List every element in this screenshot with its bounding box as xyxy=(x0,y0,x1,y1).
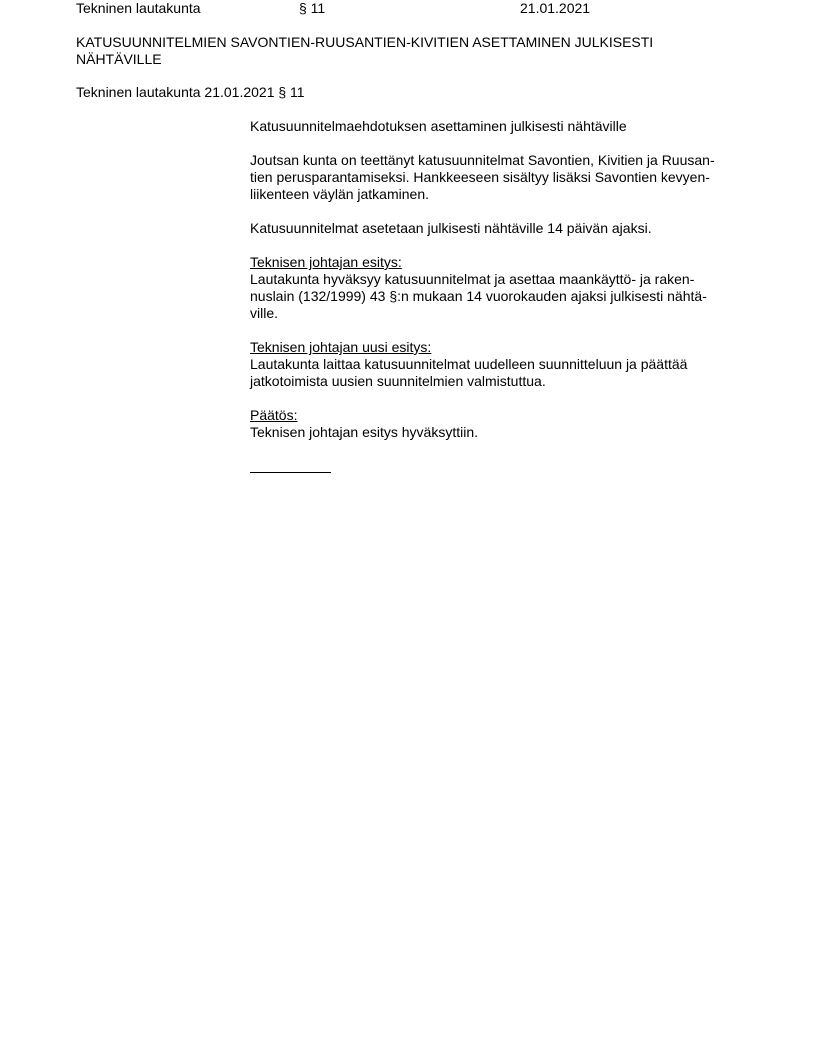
display-notice-paragraph: Katusuunnitelmat asetetaan julkisesti nä… xyxy=(250,220,750,237)
meeting-reference: Tekninen lautakunta 21.01.2021 § 11 xyxy=(76,84,305,101)
intro-paragraph: Joutsan kunta on teettänyt katusuunnitel… xyxy=(250,152,750,203)
new-proposal-section: Teknisen johtajan uusi esitys: Lautakunt… xyxy=(250,339,750,390)
intro-line: tien perusparantamiseksi. Hankkeeseen si… xyxy=(250,169,750,186)
decision-text: Teknisen johtajan esitys hyväksyttiin. xyxy=(250,424,750,441)
subject-paragraph: Katusuunnitelmaehdotuksen asettaminen ju… xyxy=(250,118,750,135)
proposal-line: Lautakunta hyväksyy katusuunnitelmat ja … xyxy=(250,271,750,288)
document-title: KATUSUUNNITELMIEN SAVONTIEN-RUUSANTIEN-K… xyxy=(76,34,776,68)
intro-line: liikenteen väylän jatkaminen. xyxy=(250,186,750,203)
document-title-line: KATUSUUNNITELMIEN SAVONTIEN-RUUSANTIEN-K… xyxy=(76,34,776,51)
display-notice-text: Katusuunnitelmat asetetaan julkisesti nä… xyxy=(250,220,750,237)
subject-text: Katusuunnitelmaehdotuksen asettaminen ju… xyxy=(250,118,750,135)
decision-heading: Päätös: xyxy=(250,407,750,424)
proposal-line: ville. xyxy=(250,305,750,322)
end-separator-line xyxy=(250,472,331,473)
proposal-heading: Teknisen johtajan esitys: xyxy=(250,254,750,271)
decision-section: Päätös: Teknisen johtajan esitys hyväksy… xyxy=(250,407,750,441)
document-title-line: NÄHTÄVILLE xyxy=(76,51,776,68)
new-proposal-heading: Teknisen johtajan uusi esitys: xyxy=(250,339,750,356)
header-committee: Tekninen lautakunta xyxy=(76,0,201,17)
document-body: Katusuunnitelmaehdotuksen asettaminen ju… xyxy=(250,118,750,458)
new-proposal-line: Lautakunta laittaa katusuunnitelmat uude… xyxy=(250,356,750,373)
header-section-number: § 11 xyxy=(299,0,325,17)
proposal-line: nuslain (132/1999) 43 §:n mukaan 14 vuor… xyxy=(250,288,750,305)
new-proposal-line: jatkotoimista uusien suunnitelmien valmi… xyxy=(250,373,750,390)
intro-line: Joutsan kunta on teettänyt katusuunnitel… xyxy=(250,152,750,169)
header-date: 21.01.2021 xyxy=(520,0,590,17)
proposal-section: Teknisen johtajan esitys: Lautakunta hyv… xyxy=(250,254,750,322)
